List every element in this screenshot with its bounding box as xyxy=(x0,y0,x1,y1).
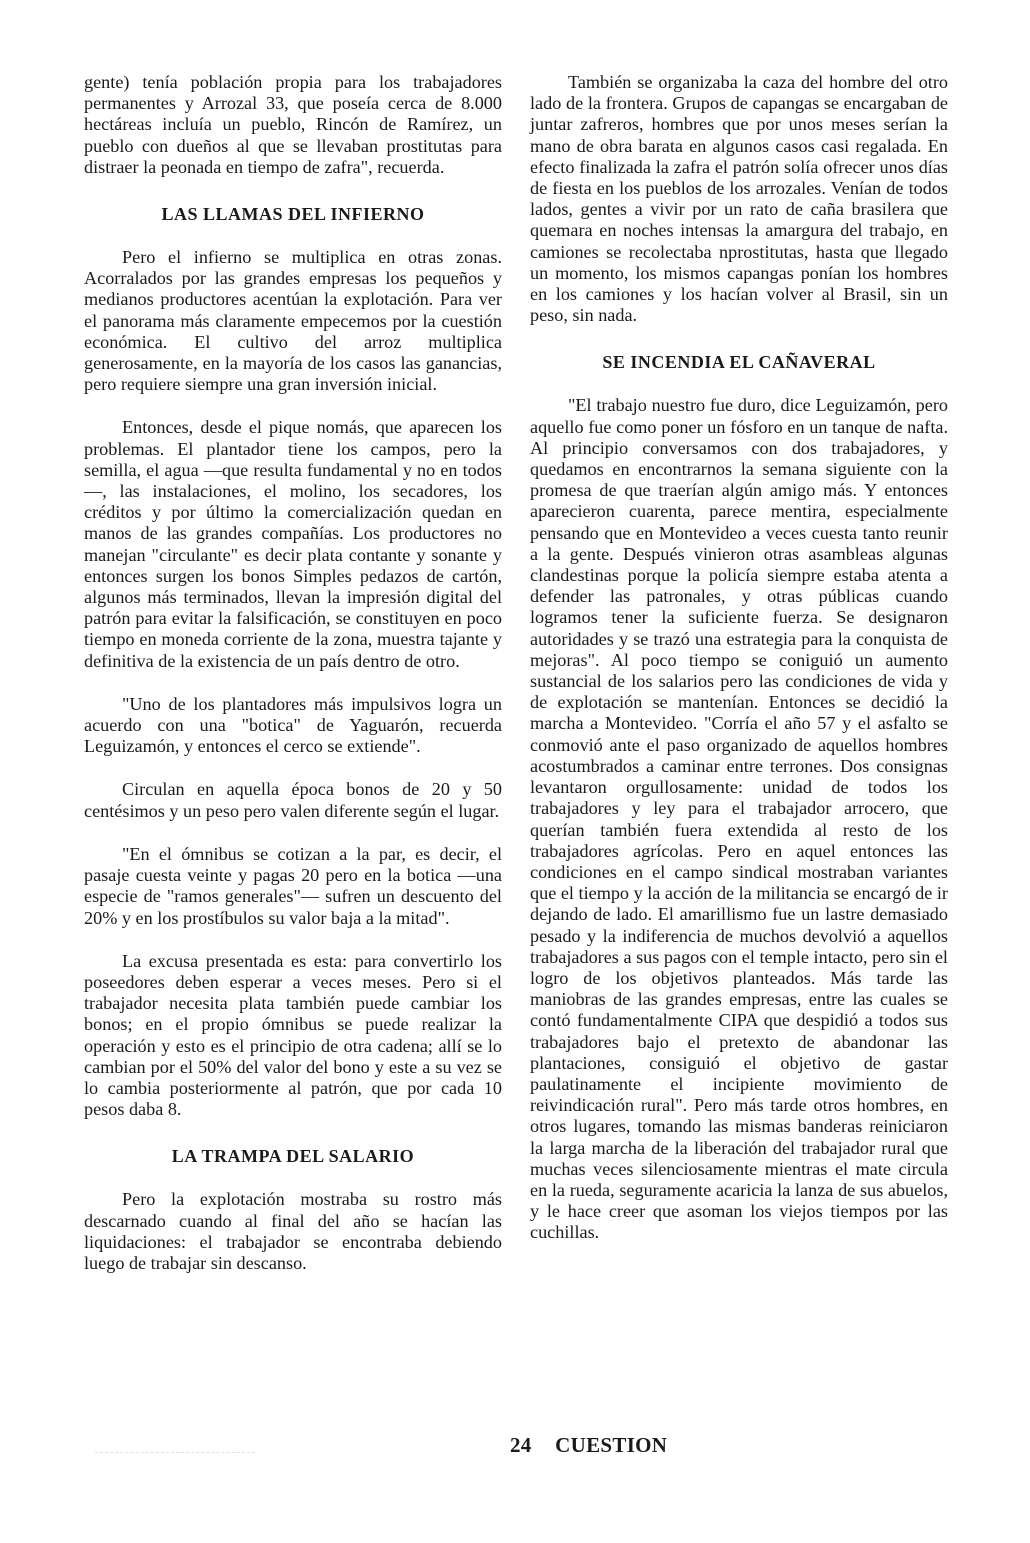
paragraph: Circulan en aquella época bonos de 20 y … xyxy=(84,779,502,821)
publication-name: CUESTION xyxy=(555,1433,667,1457)
section-heading: SE INCENDIA EL CAÑAVERAL xyxy=(530,352,948,373)
right-column: También se organizaba la caza del hombre… xyxy=(530,72,948,1244)
section-heading: LAS LLAMAS DEL INFIERNO xyxy=(84,204,502,225)
magazine-page: gente) tenía población propia para los t… xyxy=(0,0,1030,1543)
section-heading: LA TRAMPA DEL SALARIO xyxy=(84,1146,502,1167)
paragraph: "Uno de los plantadores más impulsivos l… xyxy=(84,694,502,758)
paragraph: Entonces, desde el pique nomás, que apar… xyxy=(84,417,502,671)
paragraph: La excusa presentada es esta: para conve… xyxy=(84,951,502,1121)
paragraph: gente) tenía población propia para los t… xyxy=(84,72,502,178)
paragraph: También se organizaba la caza del hombre… xyxy=(530,72,948,326)
paragraph: "En el ómnibus se cotizan a la par, es d… xyxy=(84,844,502,929)
paragraph: "El trabajo nuestro fue duro, dice Legui… xyxy=(530,395,948,1243)
bleed-through-mark xyxy=(95,1438,255,1453)
paragraph: Pero la explotación mostraba su rostro m… xyxy=(84,1189,502,1274)
page-footer: 24 CUESTION xyxy=(510,1433,667,1458)
page-number: 24 xyxy=(510,1433,532,1457)
left-column: gente) tenía población propia para los t… xyxy=(84,72,502,1274)
paragraph: Pero el infierno se multiplica en otras … xyxy=(84,247,502,395)
